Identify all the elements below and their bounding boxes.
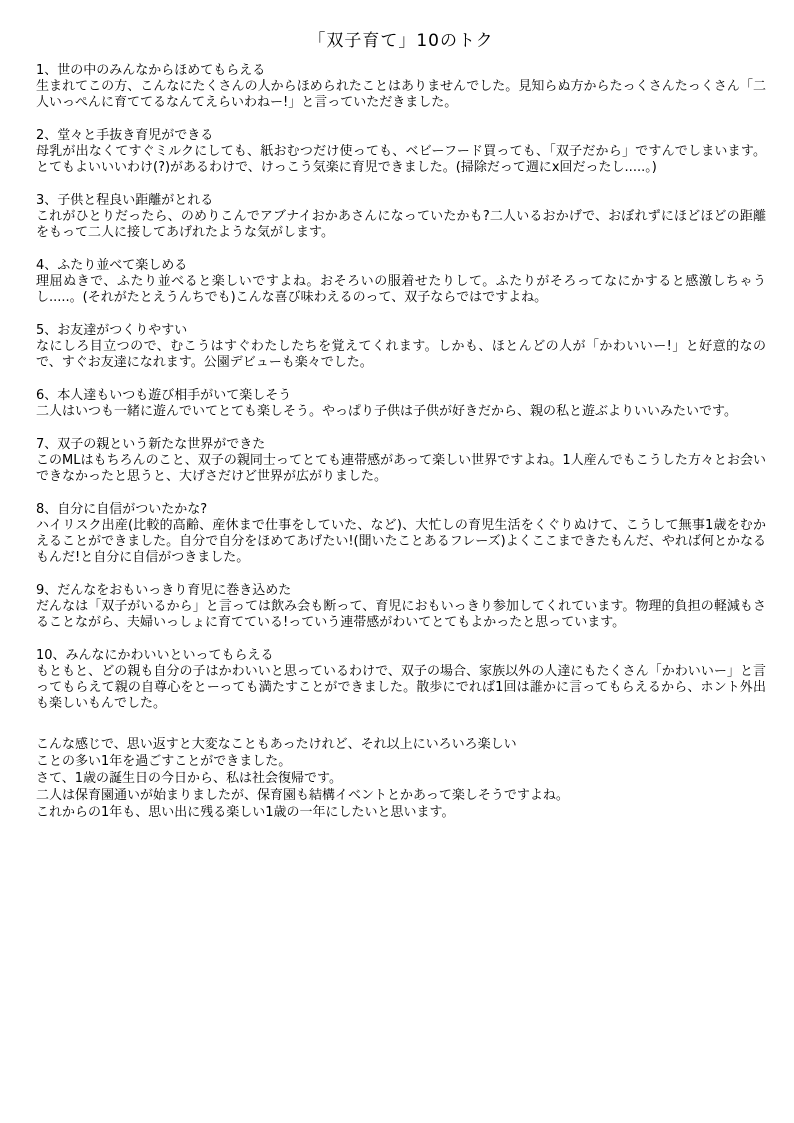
- section-body: だんなは「双子がいるから」と言っては飲み会も断って、育児におもいっきり参加してく…: [36, 599, 766, 631]
- section-2: 2、堂々と手抜き育児ができる 母乳が出なくてすぐミルクにしても、紙おむつだけ使っ…: [36, 128, 766, 176]
- section-heading: 9、だんなをおもいっきり育児に巻き込めた: [36, 583, 766, 599]
- section-body: なにしろ目立つので、むこうはすぐわたしたちを覚えてくれます。しかも、ほとんどの人…: [36, 339, 766, 371]
- section-body: ハイリスク出産(比較的高齢、産休まで仕事をしていた、など)、大忙しの育児生活をく…: [36, 518, 766, 566]
- section-heading: 5、お友達がつくりやすい: [36, 323, 766, 339]
- section-8: 8、自分に自信がついたかな? ハイリスク出産(比較的高齢、産休まで仕事をしていた…: [36, 502, 766, 566]
- closing-line: こんな感じで、思い返すと大変なこともあったけれど、それ以上にいろいろ楽しい: [36, 736, 766, 753]
- section-4: 4、ふたり並べて楽しめる 理屈ぬきで、ふたり並べると楽しいですよね。おそろいの服…: [36, 258, 766, 306]
- section-body: このMLはもちろんのこと、双子の親同士ってとても連帯感があって楽しい世界ですよね…: [36, 453, 766, 485]
- closing-line: これからの1年も、思い出に残る楽しい1歳の一年にしたいと思います。: [36, 804, 766, 821]
- section-1: 1、世の中のみんなからほめてもらえる 生まれてこの方、こんなにたくさんの人からほ…: [36, 63, 766, 111]
- closing-line: さて、1歳の誕生日の今日から、私は社会復帰です。: [36, 770, 766, 787]
- section-10: 10、みんなにかわいいといってもらえる もともと、どの親も自分の子はかわいいと思…: [36, 648, 766, 712]
- section-3: 3、子供と程良い距離がとれる これがひとりだったら、のめりこんでアブナイおかあさ…: [36, 193, 766, 241]
- section-body: これがひとりだったら、のめりこんでアブナイおかあさんになっていたかも?二人いるお…: [36, 209, 766, 241]
- closing-paragraph: こんな感じで、思い返すと大変なこともあったけれど、それ以上にいろいろ楽しい こと…: [36, 736, 766, 821]
- section-heading: 7、双子の親という新たな世界ができた: [36, 437, 766, 453]
- section-heading: 4、ふたり並べて楽しめる: [36, 258, 766, 274]
- section-heading: 3、子供と程良い距離がとれる: [36, 193, 766, 209]
- section-heading: 1、世の中のみんなからほめてもらえる: [36, 63, 766, 79]
- closing-line: ことの多い1年を過ごすことができました。: [36, 753, 766, 770]
- section-heading: 6、本人達もいつも遊び相手がいて楽しそう: [36, 388, 766, 404]
- section-heading: 10、みんなにかわいいといってもらえる: [36, 648, 766, 664]
- document-page: 「双子育て」10のトク 1、世の中のみんなからほめてもらえる 生まれてこの方、こ…: [0, 0, 794, 1123]
- section-9: 9、だんなをおもいっきり育児に巻き込めた だんなは「双子がいるから」と言っては飲…: [36, 583, 766, 631]
- closing-line: 二人は保育園通いが始まりましたが、保育園も結構イベントとかあって楽しそうですよね…: [36, 787, 766, 804]
- section-7: 7、双子の親という新たな世界ができた このMLはもちろんのこと、双子の親同士って…: [36, 437, 766, 485]
- section-body: もともと、どの親も自分の子はかわいいと思っているわけで、双子の場合、家族以外の人…: [36, 664, 766, 712]
- document-title: 「双子育て」10のトク: [36, 30, 766, 52]
- section-body: 母乳が出なくてすぐミルクにしても、紙おむつだけ使っても、ベビーフード買っても、「…: [36, 144, 766, 176]
- section-body: 二人はいつも一緒に遊んでいてとても楽しそう。やっぱり子供は子供が好きだから、親の…: [36, 404, 766, 420]
- section-5: 5、お友達がつくりやすい なにしろ目立つので、むこうはすぐわたしたちを覚えてくれ…: [36, 323, 766, 371]
- section-body: 生まれてこの方、こんなにたくさんの人からほめられたことはありませんでした。見知ら…: [36, 79, 766, 111]
- section-heading: 8、自分に自信がついたかな?: [36, 502, 766, 518]
- section-6: 6、本人達もいつも遊び相手がいて楽しそう 二人はいつも一緒に遊んでいてとても楽し…: [36, 388, 766, 420]
- section-heading: 2、堂々と手抜き育児ができる: [36, 128, 766, 144]
- section-body: 理屈ぬきで、ふたり並べると楽しいですよね。おそろいの服着せたりして。ふたりがそろ…: [36, 274, 766, 306]
